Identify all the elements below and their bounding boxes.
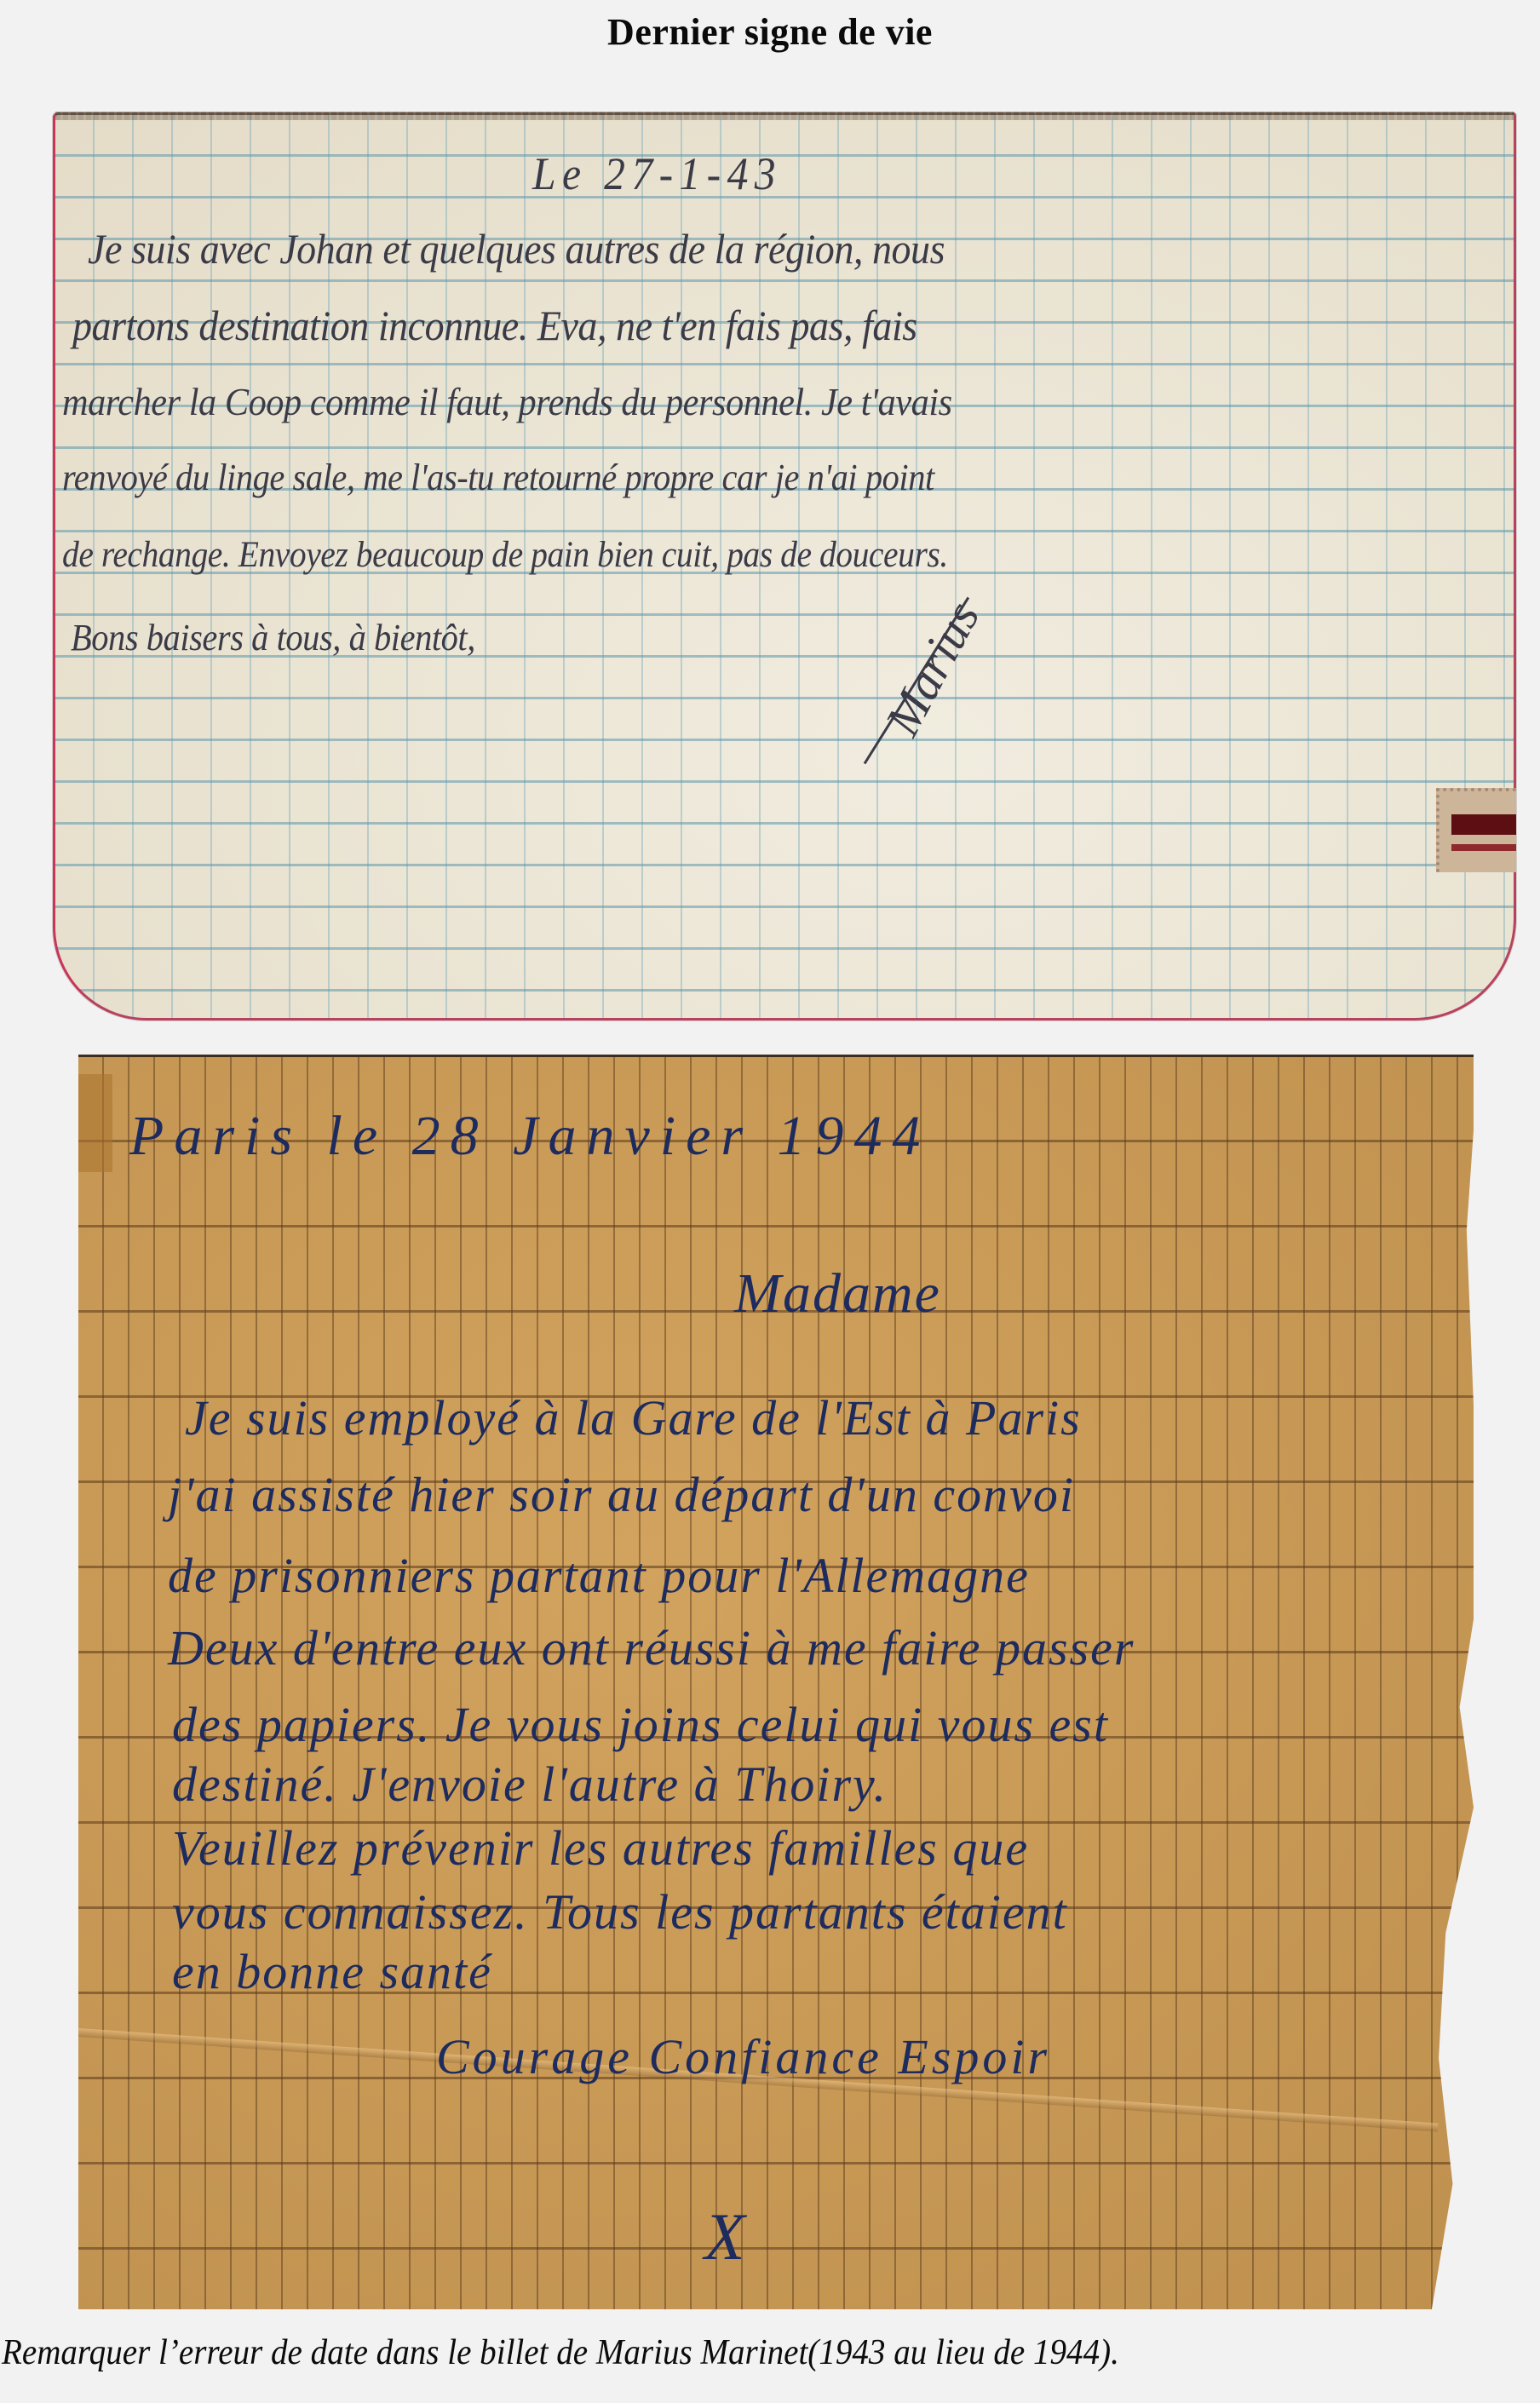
letter-2-line: Veuillez prévenir les autres familles qu… [172, 1819, 1029, 1877]
letter-2-line: destiné. J'envoie l'autre à Thoiry. [172, 1756, 888, 1813]
letter-2-line: Deux d'entre eux ont réussi à me faire p… [168, 1619, 1135, 1676]
letter-1-line: marcher la Coop comme il faut, prends du… [62, 379, 952, 424]
postage-stamp-fragment [1436, 788, 1516, 872]
letter-1-graph-paper: Le 27-1-43 Je suis avec Johan et quelque… [53, 112, 1516, 1020]
letter-2-squared-paper: Paris le 28 Janvier 1944 Madame Je suis … [78, 1055, 1474, 2309]
letter-2-signature: X [704, 2199, 745, 2275]
letter-1-line: partons destination inconnue. Eva, ne t'… [72, 301, 917, 350]
letter-2-line: vous connaissez. Tous les partants étaie… [172, 1883, 1068, 1940]
stamp-light-band [1451, 844, 1516, 851]
page-title: Dernier signe de vie [0, 10, 1540, 54]
letter-2-line: en bonne santé [172, 1943, 492, 2000]
letter-2-closing: Courage Confiance Espoir [436, 2028, 1050, 2085]
letter-1-line: Bons baisers à tous, à bientôt, [71, 616, 475, 659]
tape-mark [78, 1074, 112, 1172]
letter-1-date: Le 27-1-43 [532, 147, 782, 200]
letter-1-line: de rechange. Envoyez beaucoup de pain bi… [62, 534, 948, 576]
letter-1-signature: Marius [873, 592, 991, 744]
letter-2-line: j'ai assisté hier soir au départ d'un co… [168, 1466, 1075, 1523]
letter-1-line: Je suis avec Johan et quelques autres de… [88, 224, 945, 273]
torn-top-edge [55, 112, 1514, 120]
caption: Remarquer l’erreur de date dans le bille… [2, 2332, 1434, 2373]
letter-2-line: des papiers. Je vous joins celui qui vou… [172, 1696, 1109, 1753]
letter-2-line: de prisonniers partant pour l'Allemagne [168, 1547, 1030, 1604]
letter-2-salutation: Madame [734, 1262, 941, 1326]
letter-1-line: renvoyé du linge sale, me l'as-tu retour… [62, 456, 934, 499]
letter-2-line: Je suis employé à la Gare de l'Est à Par… [185, 1389, 1082, 1446]
letter-2-date: Paris le 28 Janvier 1944 [129, 1104, 931, 1169]
stamp-dark-band [1451, 814, 1516, 835]
